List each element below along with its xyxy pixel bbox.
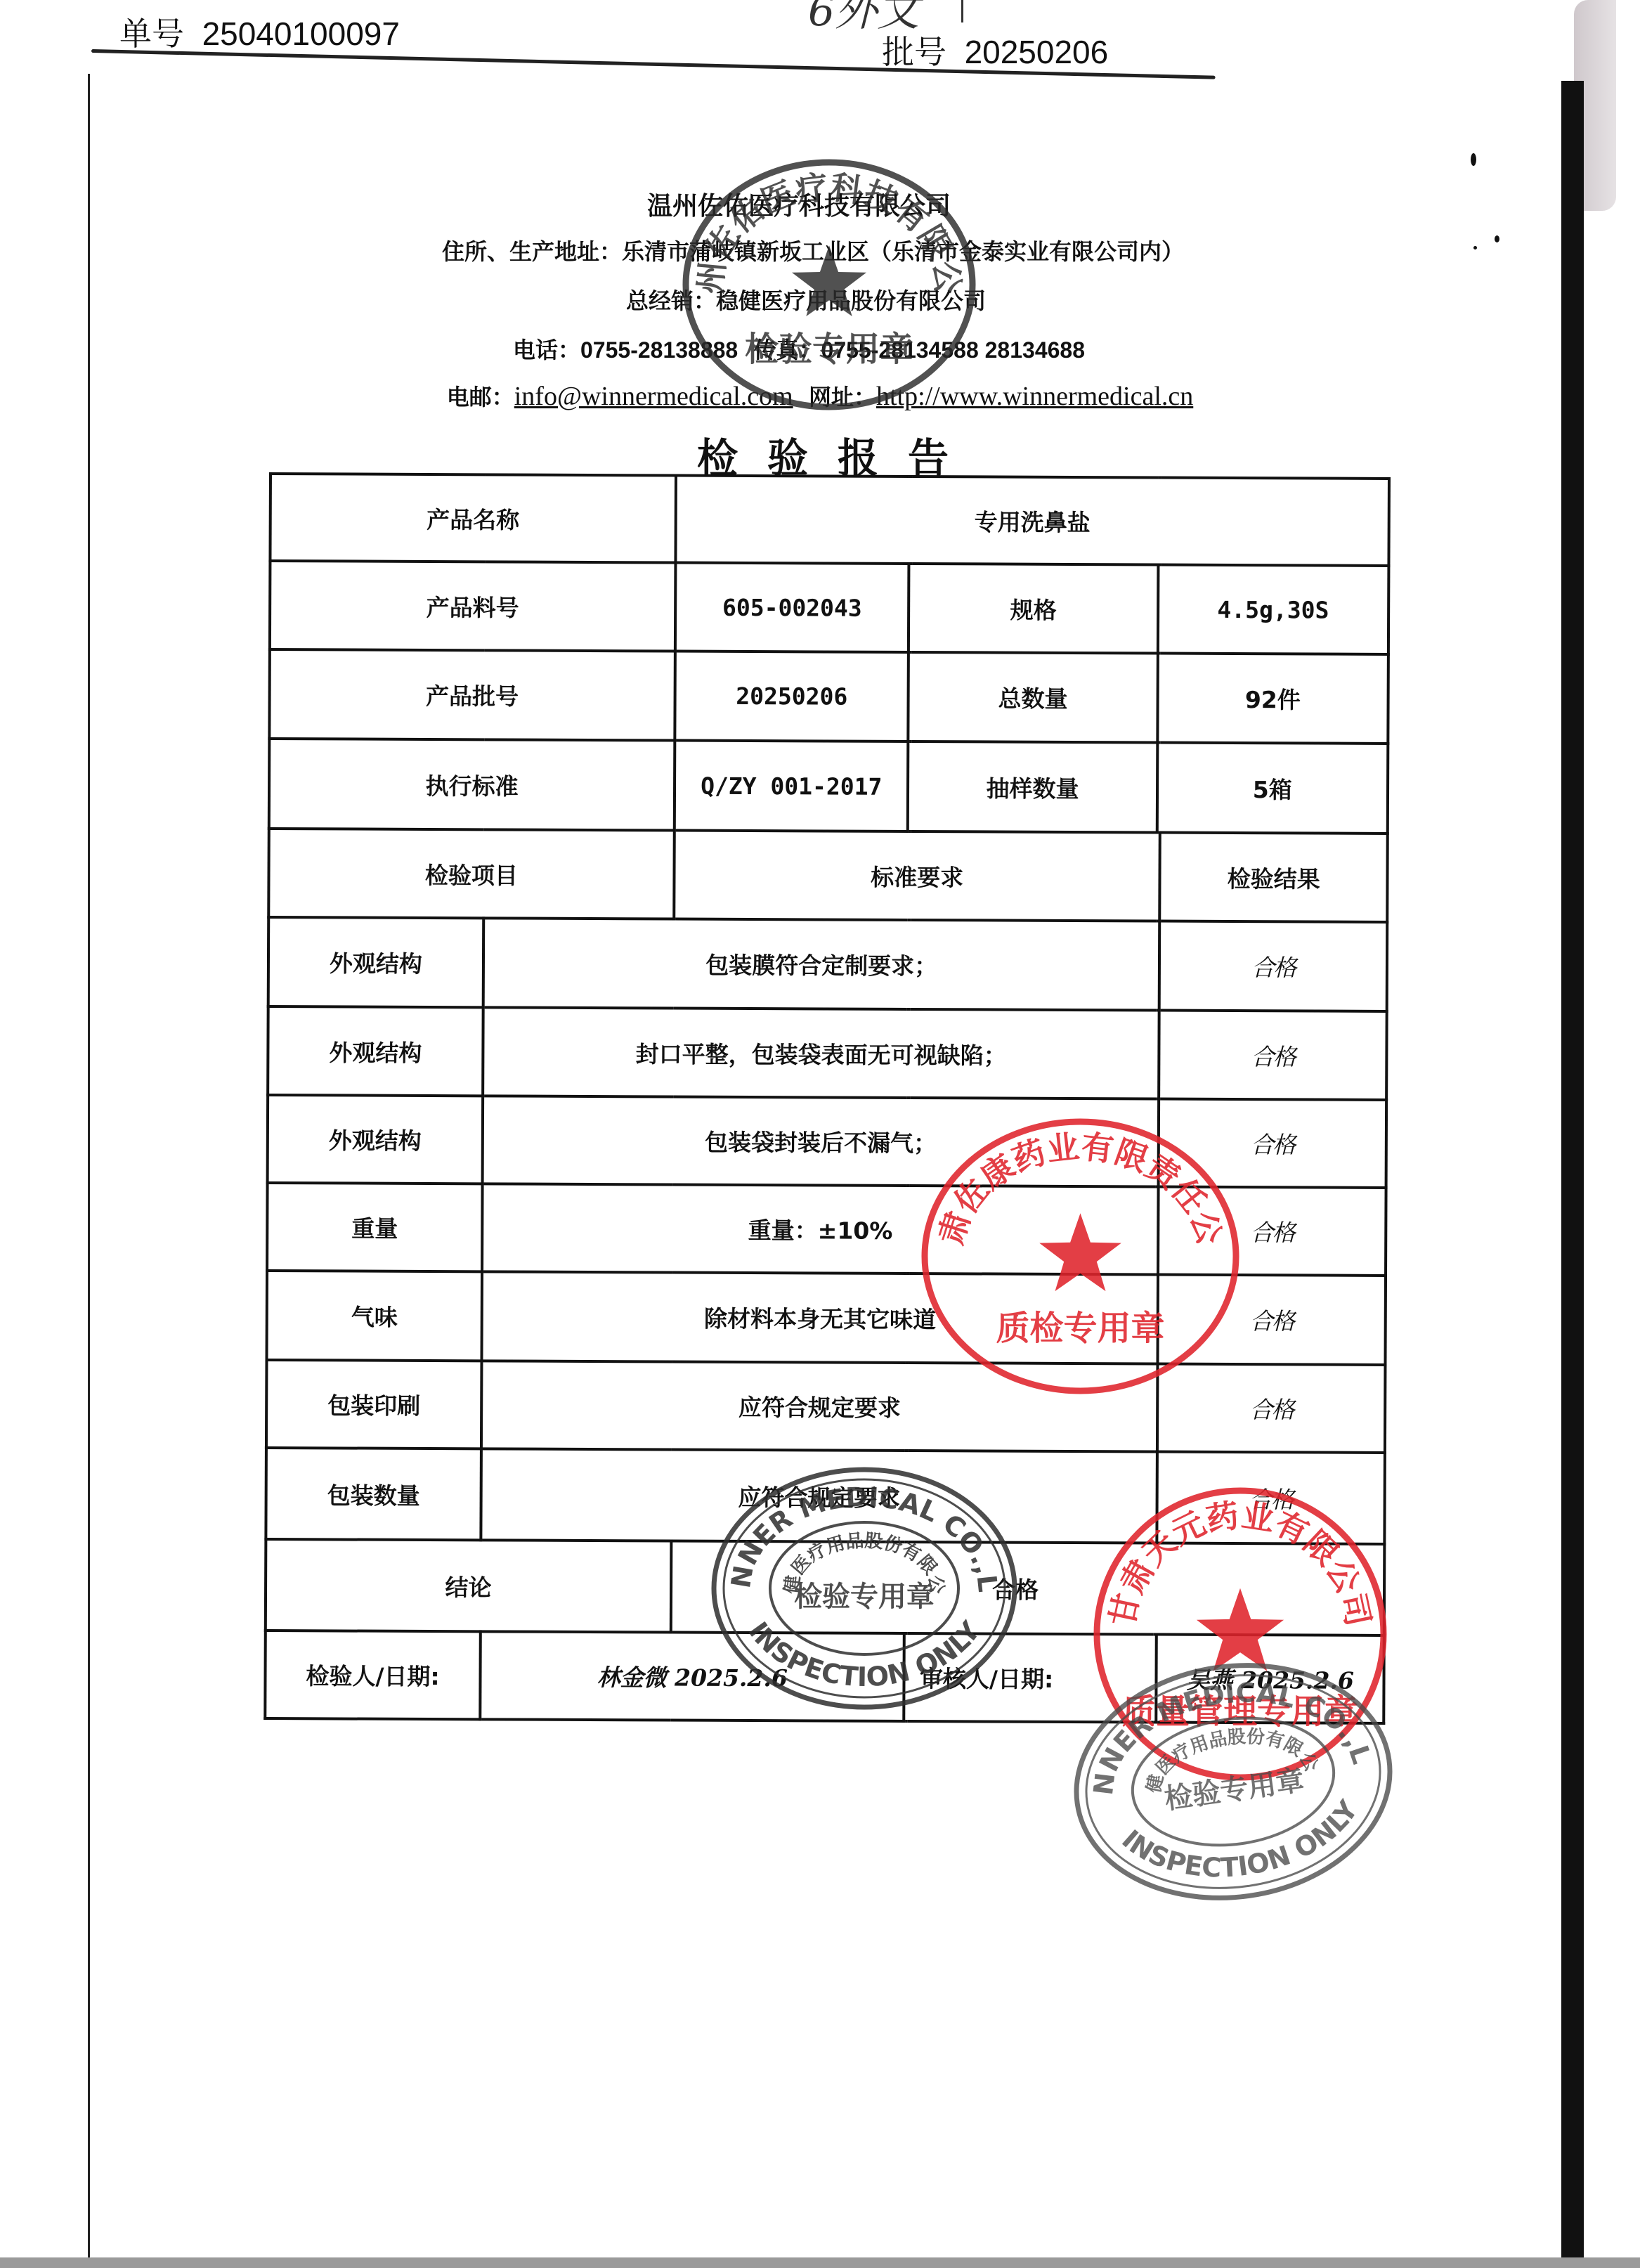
part-no-label: 产品料号 [270, 561, 676, 652]
item-name: 外观结构 [268, 1095, 483, 1184]
row-standard: 执行标准 Q/ZY 001-2017 抽样数量 5箱 [269, 739, 1388, 834]
batch-label-cell: 产品批号 [269, 649, 675, 741]
address-value: 乐清市蒲岐镇新坂工业区（乐清市金泰实业有限公司内） [622, 238, 1184, 265]
item-result: 合格 [1158, 1275, 1386, 1365]
order-number: 单号 25040100097 [119, 8, 400, 55]
item-requirement: 包装膜符合定制要求； [483, 918, 1160, 1010]
row-conclusion: 结论 合格 [266, 1539, 1385, 1635]
product-name-value: 专用洗鼻盐 [675, 476, 1389, 566]
row-signatures: 检验人/日期: 林金微 2025.2.6 审核人/日期: 吴燕 2025.2.6 [265, 1631, 1384, 1723]
email-label: 电邮： [447, 384, 514, 410]
total-qty-label: 总数量 [909, 652, 1158, 743]
item-requirement: 重量：±10% [482, 1184, 1159, 1274]
table-row: 外观结构 封口平整，包装袋表面无可视缺陷； 合格 [268, 1006, 1387, 1100]
svg-text:INSPECTION ONLY: INSPECTION ONLY [1113, 1791, 1372, 1899]
distributor-value: 稳健医疗用品股份有限公司 [716, 287, 986, 314]
scan-speck [1471, 153, 1476, 166]
spec-label: 规格 [909, 564, 1158, 654]
company-address: 住所、生产地址：乐清市蒲岐镇新坂工业区（乐清市金泰实业有限公司内） [0, 234, 1633, 266]
table-row: 重量 重量：±10% 合格 [267, 1183, 1386, 1276]
spec-value: 4.5g,30S [1157, 565, 1388, 654]
svg-text:检验专用章: 检验专用章 [1162, 1764, 1306, 1815]
item-name: 包装印刷 [266, 1360, 482, 1449]
conclusion-value: 合格 [671, 1541, 1385, 1635]
inspection-table: 产品名称 专用洗鼻盐 产品料号 605-002043 规格 4.5g,30S 产… [263, 472, 1391, 1725]
row-product-name: 产品名称 专用洗鼻盐 [270, 474, 1389, 566]
part-no-value: 605-002043 [675, 563, 909, 652]
item-requirement: 应符合规定要求 [481, 1361, 1158, 1451]
item-result: 合格 [1159, 921, 1387, 1011]
table-row: 包装印刷 应符合规定要求 合格 [266, 1360, 1386, 1453]
item-name: 气味 [266, 1271, 482, 1361]
item-name: 外观结构 [268, 1006, 483, 1096]
fax-label: 传真： [754, 337, 821, 363]
phone-label: 电话： [513, 337, 580, 363]
reviewer-signature: 吴燕 2025.2.6 [1157, 1635, 1384, 1723]
contact-email-web: 电邮：info@winnermedical.com 网址：http://www.… [0, 380, 1640, 412]
inspector-label: 检验人/日期: [265, 1631, 481, 1719]
table-row: 气味 除材料本身无其它味道 合格 [266, 1271, 1386, 1365]
batch-label: 批号 [882, 34, 946, 70]
item-result: 合格 [1159, 1099, 1386, 1188]
item-requirement: 除材料本身无其它味道 [482, 1271, 1159, 1363]
table-row: 外观结构 包装袋封装后不漏气； 合格 [268, 1095, 1387, 1188]
distributor: 总经销：稳健医疗用品股份有限公司 [0, 283, 1626, 316]
row-part-no: 产品料号 605-002043 规格 4.5g,30S [270, 561, 1389, 654]
handwritten-margin-note: 6外文 [808, 0, 919, 38]
inspector-signature: 林金微 2025.2.6 [480, 1631, 904, 1721]
item-requirement: 封口平整，包装袋表面无可视缺陷； [483, 1007, 1159, 1099]
phone-value: 0755-28138888 [580, 337, 738, 363]
item-requirement: 应符合规定要求 [481, 1449, 1157, 1543]
distributor-label: 总经销： [626, 287, 716, 314]
website-label: 网址： [809, 384, 876, 410]
item-result: 合格 [1157, 1452, 1385, 1544]
total-qty-value: 92件 [1157, 654, 1388, 744]
item-requirement: 包装袋封装后不漏气； [483, 1096, 1159, 1186]
company-name: 温州佐佑医疗科技有限公司 [0, 186, 1619, 222]
website-link[interactable]: http://www.winnermedical.cn [876, 382, 1193, 411]
item-name: 重量 [267, 1183, 483, 1271]
fax-value: 0755-28134588 28134688 [821, 337, 1085, 363]
col-requirement-header: 标准要求 [674, 831, 1160, 921]
standard-value: Q/ZY 001-2017 [675, 741, 909, 831]
sample-qty-value: 5箱 [1157, 743, 1388, 834]
batch-value: 20250206 [965, 34, 1109, 70]
item-result: 合格 [1157, 1364, 1385, 1453]
email-link[interactable]: info@winnermedical.com [514, 382, 793, 411]
item-result: 合格 [1159, 1187, 1386, 1276]
item-result: 合格 [1159, 1011, 1387, 1100]
product-name-label: 产品名称 [270, 474, 676, 563]
reviewer-label: 审核人/日期: [904, 1633, 1157, 1723]
standard-label: 执行标准 [269, 739, 675, 831]
conclusion-label: 结论 [266, 1539, 672, 1633]
row-batch: 产品批号 20250206 总数量 92件 [269, 649, 1388, 744]
address-label: 住所、生产地址： [442, 238, 622, 265]
col-item-header: 检验项目 [268, 829, 675, 919]
order-value: 25040100097 [202, 15, 400, 52]
scan-bottom-edge [0, 2257, 1640, 2268]
batch-value-cell: 20250206 [675, 652, 909, 741]
table-row: 外观结构 包装膜符合定制要求； 合格 [268, 917, 1388, 1011]
sample-qty-label: 抽样数量 [908, 741, 1157, 833]
item-name: 外观结构 [268, 917, 484, 1007]
order-label: 单号 [119, 15, 184, 52]
col-result-header: 检验结果 [1160, 833, 1388, 922]
contact-phone-fax: 电话：0755-28138888 传真：0755-28134588 281346… [0, 332, 1619, 365]
table-row: 包装数量 应符合规定要求 合格 [266, 1448, 1385, 1544]
row-column-headers: 检验项目 标准要求 检验结果 [268, 829, 1388, 922]
item-name: 包装数量 [266, 1448, 481, 1540]
margin-tick [961, 0, 963, 22]
